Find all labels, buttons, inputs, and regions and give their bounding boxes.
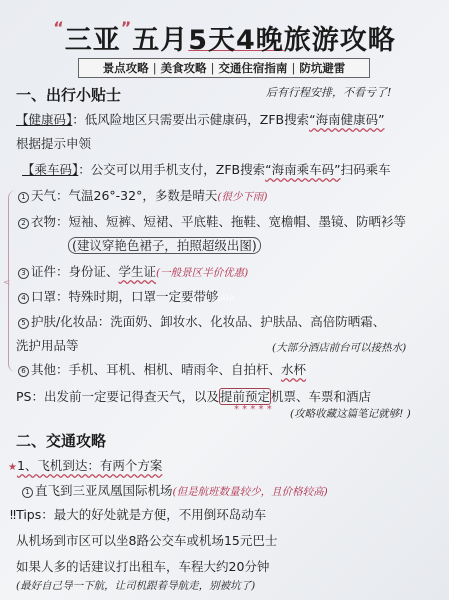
- section-heading-tips: 一、出行小贴士: [16, 84, 121, 105]
- ride-code-label: 【乘车码】: [22, 162, 78, 177]
- list-item-weather: 1天气：气温26°-32°，多数是晴天(很少下雨): [18, 186, 268, 204]
- list-item-clothing: 2衣物：短袖、短裤、短裙、平底鞋、拖鞋、宽檐帽、墨镜、防晒衫等: [18, 212, 406, 230]
- ps-text: PS：出发前一定要记得查天气，以及: [16, 389, 219, 404]
- list-item-skincare: 5护肤/化妆品：洗面奶、卸妆水、化妆品、护肤品、高倍防晒霜、: [18, 312, 385, 330]
- book-ahead-highlight: 提前预定: [219, 388, 271, 405]
- tag-attractions: 景点攻略: [103, 60, 149, 76]
- circled-number-icon: 3: [18, 268, 29, 279]
- handwritten-note: (很少下雨): [217, 191, 267, 203]
- skincare-line2: 洗护用品等: [16, 336, 79, 354]
- star-icon: ★: [8, 462, 17, 473]
- ride-code-line: 【乘车码】：公交可以用手机支付，ZFB搜索“海南乘车码”扫码乘车: [22, 160, 391, 178]
- handwritten-note: (但是航班数量较少，且价格较高): [173, 486, 328, 498]
- handwritten-note: (一般景区半价优惠): [156, 267, 248, 279]
- ride-code-search-term: “海南乘车码”: [265, 162, 340, 177]
- item-text: 其他：手机、耳机、相机、晴雨伞、自拍杆、: [31, 362, 281, 377]
- tag-separator: |: [153, 61, 157, 75]
- page-title: “三亚”五月5天4晚旅游攻略: [0, 18, 449, 57]
- circled-number-icon: 2: [18, 218, 29, 229]
- option-text: 直飞到三亚凤凰国际机场: [35, 483, 173, 498]
- ps-line: PS：出发前一定要记得查天气，以及提前预定机票、车票和酒店: [16, 387, 371, 405]
- item-text: 护肤/化妆品：洗面奶、卸妆水、化妆品、护肤品、高倍防晒霜、: [31, 314, 385, 329]
- health-code-label: 【健康码】: [16, 112, 72, 127]
- handwritten-note-navigation: (最好自己导一下航，让司机跟着导航走，别被坑了): [16, 578, 255, 593]
- item-text: 证件：身份证、: [31, 264, 119, 279]
- tips-line: ‼Tips：最大的好处就是方便，不用倒环岛动车: [10, 505, 266, 523]
- quote-mark: ”: [121, 18, 133, 37]
- health-code-line: 【健康码】：低风险地区只需要出示健康码，ZFB搜索“海南健康码”: [16, 110, 385, 128]
- watermark: GAIA: [213, 294, 235, 304]
- list-item-other: 6其他：手机、耳机、相机、晴雨伞、自拍杆、水杯: [18, 360, 306, 378]
- travel-guide-page: “三亚”五月5天4晚旅游攻略 景点攻略 | 美食攻略 | 交通住宿指南 | 防坑…: [0, 0, 449, 600]
- ride-code-tail: 扫码乘车: [341, 162, 391, 177]
- handwritten-note-save: (攻略收藏这篇笔记就够! ): [290, 406, 411, 421]
- health-code-text: ：低风险地区只需要出示健康码，ZFB搜索: [72, 112, 309, 127]
- star-marks: * * * * *: [234, 404, 272, 415]
- list-item-mask: 4口罩：特殊时期，口罩一定要带够: [18, 287, 219, 305]
- topic-tag-bar: 景点攻略 | 美食攻略 | 交通住宿指南 | 防坑避雷: [78, 58, 370, 78]
- tag-separator: |: [291, 61, 295, 75]
- bus-info-line: 从机场到市区可以坐8路公交车或机场15元巴士: [16, 531, 277, 549]
- clothing-suggestion: (建议穿艳色裙子，拍照超级出图): [68, 236, 261, 254]
- quote-mark: “: [53, 18, 65, 37]
- tag-transport-lodging: 交通住宿指南: [218, 60, 287, 76]
- title-month: 五月: [132, 25, 188, 56]
- circled-suggestion: (建议穿艳色裙子，拍照超级出图): [68, 237, 261, 254]
- flight-arrival-heading: ★1、飞机到达：有两个方案: [8, 456, 162, 474]
- circled-number-icon: 1: [18, 192, 29, 203]
- health-code-search-term: “海南健康码”: [309, 112, 384, 127]
- list-item-documents: 3证件：身份证、学生证(一般景区半价优惠): [18, 262, 248, 280]
- water-cup-highlight: 水杯: [281, 362, 306, 377]
- circled-number-icon: 6: [18, 366, 29, 377]
- tag-pitfalls: 防坑避雷: [299, 60, 345, 76]
- handwritten-note-hotwater: (大部分酒店前台可以接热水): [272, 340, 406, 355]
- tag-food: 美食攻略: [161, 60, 207, 76]
- option-direct-flight: 1直飞到三亚凤凰国际机场(但是航班数量较少，且价格较高): [22, 481, 328, 499]
- flight-arrival-text: 1、飞机到达：有两个方案: [17, 458, 162, 473]
- circled-number-icon: 5: [18, 318, 29, 329]
- title-suffix: 旅游攻略: [284, 25, 396, 56]
- section-heading-transport: 二、交通攻略: [16, 430, 106, 451]
- circled-number-icon: 4: [18, 293, 29, 304]
- tag-separator: |: [211, 61, 215, 75]
- title-city: 三亚: [65, 25, 121, 56]
- handwritten-note-itinerary: 后有行程安排，不看亏了!: [266, 84, 391, 100]
- bracket-tip-icon: <: [3, 278, 11, 288]
- item-text: 天气：气温26°-32°，多数是晴天: [31, 188, 217, 203]
- circled-number-icon: 1: [22, 487, 33, 498]
- taxi-info-line: 如果人多的话建议打出租车，车程大约20分钟: [16, 557, 269, 575]
- ps-text-end: 机票、车票和酒店: [271, 389, 371, 404]
- item-text: 口罩：特殊时期，口罩一定要带够: [31, 289, 219, 304]
- ride-code-text: ：公交可以用手机支付，ZFB搜索: [78, 162, 265, 177]
- title-duration: 5天4晚: [188, 25, 284, 56]
- student-id-highlight: 学生证: [119, 264, 157, 279]
- health-code-line2: 根据提示申领: [16, 134, 91, 152]
- item-text: 衣物：短袖、短裤、短裙、平底鞋、拖鞋、宽檐帽、墨镜、防晒衫等: [31, 214, 406, 229]
